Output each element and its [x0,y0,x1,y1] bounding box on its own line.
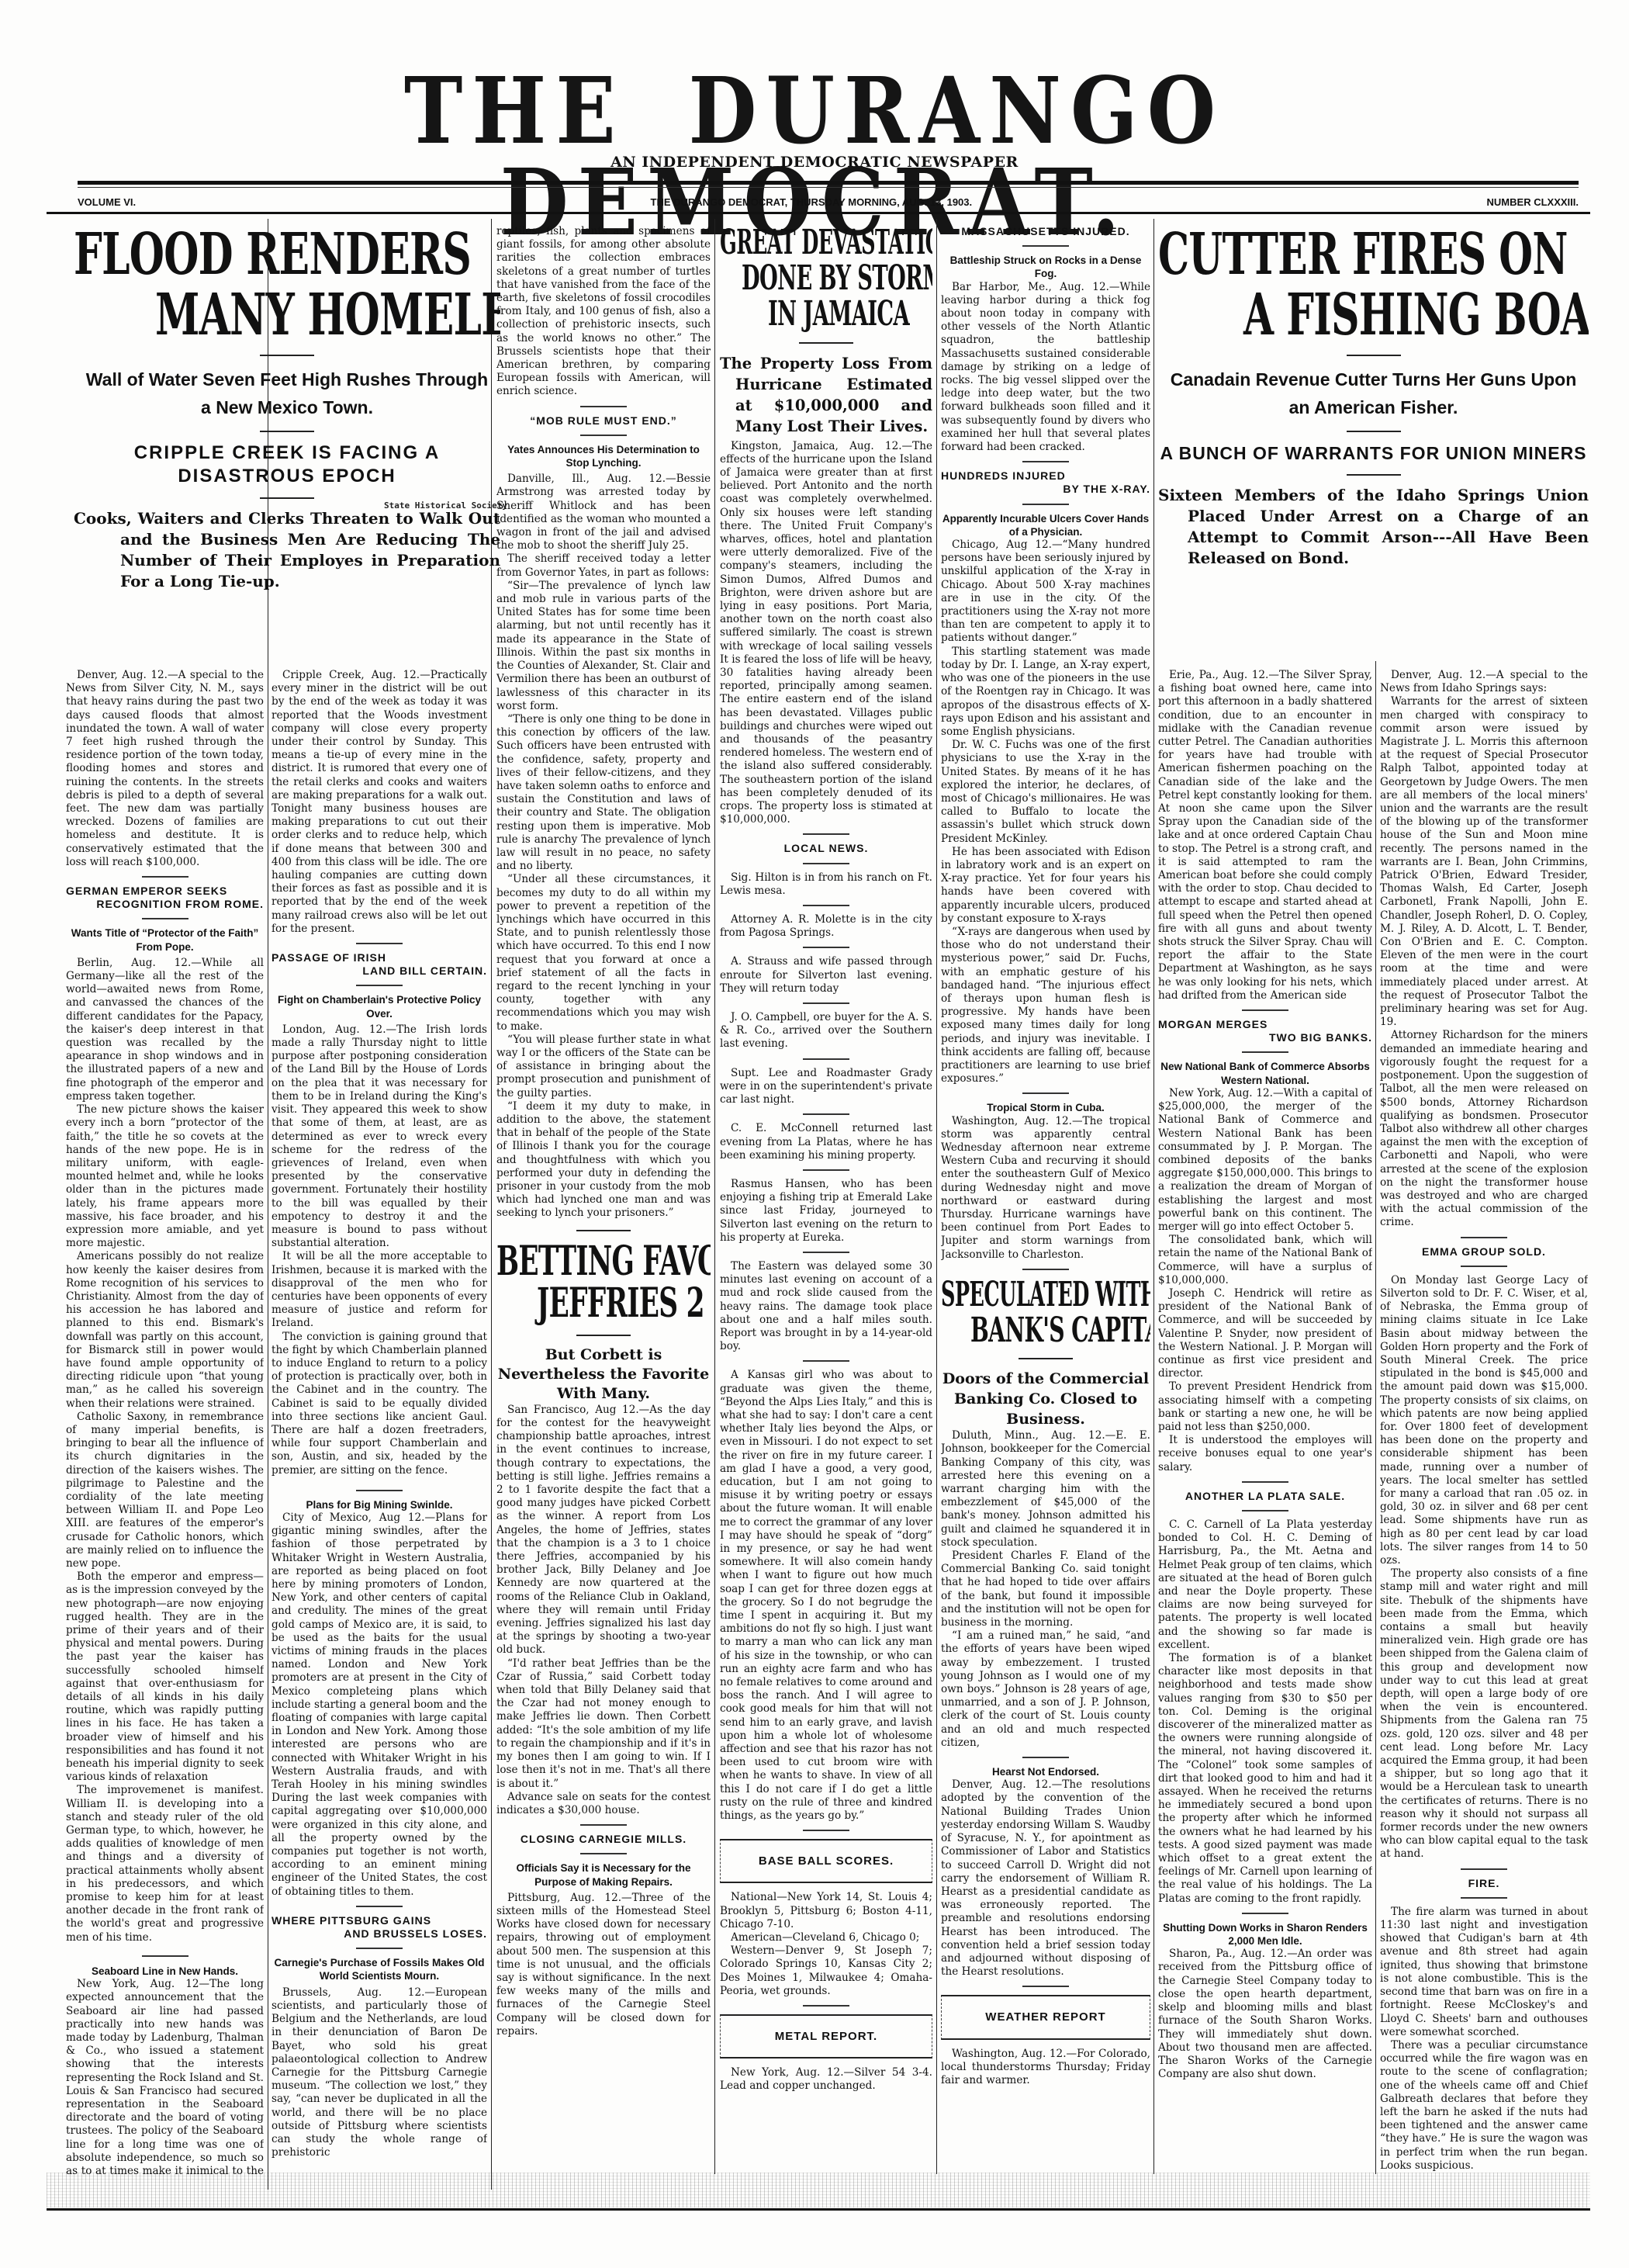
carnegie-mills-deck: Officials Say it is Necessary for the Pu… [496,1861,711,1888]
separator-rule [580,406,627,407]
cutter-headline-2: A FISHING BOAT [1243,286,1479,346]
carnegie-mills-headline: CLOSING CARNEGIE MILLS. [496,1833,711,1846]
metal-report-box: METAL REPORT. [720,2014,932,2059]
irish-headline-1: PASSAGE OF IRISH [271,951,487,964]
local-news-item: A Kansas girl who was about to graduate … [720,1369,932,1823]
jamaica-headline-2: DONE BY STORM [742,261,860,296]
massachusetts-headline: MASSACHUSETTS INJURED. [941,225,1150,238]
jamaica-headline-3: IN JAMAICA [768,296,870,332]
issue-dateline: THE DURANGO DEMOCRAT, THURSDAY MORNING, … [651,196,973,208]
baseball-line: National—New York 14, St. Louis 4; Brook… [720,1891,932,1931]
separator-rule [356,943,403,944]
separator-rule [576,1335,631,1336]
separator-rule [142,918,188,919]
metal-report-body: New York, Aug. 12.—Silver 54 3-4. Lead a… [720,2066,932,2093]
xray-paragraph: “X-rays are dangerous when used by those… [941,926,1150,1086]
separator-rule [1347,474,1401,476]
la-plata-paragraph: The formation is of a blanket character … [1158,1652,1372,1906]
irish-paragraph: The conviction is gaining ground that th… [271,1331,487,1477]
column-divider [936,219,937,2174]
column-divider [1153,219,1154,2174]
fire-paragraph: The fire alarm was turned in about 11:30… [1380,1906,1588,2039]
baseball-box: BASE BALL SCORES. [720,1839,932,1883]
speculated-deck: Doors of the Commercial Banking Co. Clos… [941,1369,1150,1429]
morgan-paragraph: It is understood the employes will recei… [1158,1434,1372,1474]
separator-rule [1242,1051,1288,1053]
separator-rule [1022,504,1069,505]
local-news-headline: LOCAL NEWS. [720,842,932,855]
baseball-line: American—Cleveland 6, Chicago 0; [720,1931,932,1944]
jamaica-headline-1: GREAT DEVASTATION [720,225,843,261]
xray-paragraph: Dr. W. C. Fuchs was one of the first phy… [941,739,1150,846]
separator-rule [1347,431,1401,432]
speculated-headline-1: SPECULATED WITH [941,1277,1063,1313]
local-news-item: Supt. Lee and Roadmaster Grady were in o… [720,1067,932,1107]
massachusetts-deck: Battleship Struck on Rocks in a Dense Fo… [941,254,1150,280]
column-7: Denver, Aug. 12.—A special to the News f… [1380,669,1588,2178]
xray-paragraph: This startling statement was made today … [941,646,1150,739]
pittsburg-continued: reptiles, fish, plants and specimens of … [496,225,711,399]
xray-headline-2: BY THE X-RAY. [941,483,1150,496]
separator-rule [1461,1897,1507,1899]
masthead-tagline: AN INDEPENDENT DEMOCRATIC NEWSPAPER [0,154,1629,171]
warrants-deck: Sixteen Members of the Idaho Springs Uni… [1158,485,1589,569]
separator-rule [803,1360,849,1362]
mob-rule-deck: Yates Announces His Determination to Sto… [496,443,711,469]
betting-paragraph: San Francisco, Aug 12.—As the day for th… [496,1404,711,1657]
la-plata-headline: ANOTHER LA PLATA SALE. [1158,1490,1372,1503]
german-deck: Wants Title of “Protector of the Faith” … [66,926,264,953]
separator-rule [142,876,188,878]
masthead-rule [78,181,1579,185]
pittsburg-headline-2: AND BRUSSELS LOSES. [271,1927,487,1941]
issue-number: NUMBER CLXXXIII. [1487,196,1579,208]
library-stamp: State Historical Society [384,500,507,511]
emma-paragraph: On Monday last George Lacy of Silverton … [1380,1274,1588,1567]
local-news-item: J. O. Campbell, ore buyer for the A. S. … [720,1011,932,1051]
scan-damage-texture [47,2173,1590,2207]
flood-deck: Wall of Water Seven Feet High Rushes Thr… [74,365,500,421]
speculated-paragraph: President Charles F. Eland of the Commer… [941,1550,1150,1629]
fire-headline: FIRE. [1380,1877,1588,1890]
column-5: MASSACHUSETTS INJURED. Battleship Struck… [941,225,1150,2180]
german-paragraph: Both the emperor and empress—as is the i… [66,1570,264,1784]
separator-rule [1242,1009,1288,1011]
mob-rule-paragraph: “Sir—The prevalence of lynch law and mob… [496,580,711,713]
separator-rule [803,947,849,948]
column-3: reptiles, fish, plants and specimens of … [496,225,711,2180]
separator-rule [1019,1358,1073,1359]
carnegie-mills-body: Pittsburg, Aug. 12.—Three of the sixteen… [496,1892,711,2038]
separator-rule [1022,1986,1069,1987]
pittsburg-headline-1: WHERE PITTSBURG GAINS [271,1914,487,1927]
bottom-rule [47,2208,1590,2211]
mob-rule-paragraph: “I deem it my duty to make, in addition … [496,1100,711,1221]
separator-rule [1461,1868,1507,1870]
baseball-line: Western—Denver 9, St Joseph 7; Colorado … [720,1944,932,1998]
irish-paragraph: London, Aug. 12.—The Irish lords made a … [271,1023,487,1250]
flood-body: Denver, Aug. 12.—A special to the News f… [66,669,264,869]
emma-headline: EMMA GROUP SOLD. [1380,1245,1588,1259]
separator-rule [260,355,314,356]
separator-rule [356,1490,403,1491]
separator-rule [803,2005,849,2007]
massachusetts-body: Bar Harbor, Me., Aug. 12.—While leaving … [941,281,1150,455]
cripple-creek-headline: CRIPPLE CREEK IS FACING A DISASTROUS EPO… [74,441,500,488]
morgan-paragraph: To prevent President Hendrick from assoc… [1158,1380,1372,1434]
column-divider [714,219,715,2174]
separator-rule [1022,1092,1069,1094]
betting-deck: But Corbett is Nevertheless the Favorite… [496,1345,711,1404]
mob-rule-paragraph: “You will please further state in what w… [496,1034,711,1100]
separator-rule [356,1948,403,1949]
seaboard-body: New York, Aug. 12—The long expected anno… [66,1978,264,2178]
separator-rule [803,1169,849,1171]
mob-rule-paragraph: “There is only one thing to be done in t… [496,713,711,873]
separator-rule [580,1824,627,1826]
local-news-item: The Eastern was delayed some 30 minutes … [720,1260,932,1353]
betting-paragraph: “I'd rather beat Jeffries than be the Cz… [496,1657,711,1791]
cutter-headline-1: CUTTER FIRES ON [1158,225,1451,286]
separator-rule [803,1252,849,1253]
masthead-rule-thin [78,187,1579,188]
jamaica-deck: The Property Loss From Hurricane Estimat… [720,353,932,437]
sharon-body: Sharon, Pa., Aug. 12.—An order was recei… [1158,1948,1372,2081]
mob-rule-paragraph: “Under all these circumstances, it becom… [496,873,711,1033]
dateline-rule [47,212,1590,214]
morgan-deck: New National Bank of Commerce Absorbs We… [1158,1060,1372,1086]
german-headline-2: RECOGNITION FROM ROME. [66,898,264,911]
local-news-item: Sig. Hilton is in from his ranch on Ft. … [720,871,932,898]
local-news-item: C. E. McConnell returned last evening fr… [720,1122,932,1162]
morgan-headline-2: TWO BIG BANKS. [1158,1031,1372,1044]
irish-deck: Fight on Chamberlain's Protective Policy… [271,993,487,1020]
german-paragraph: Americans possibly do not realize how ke… [66,1250,264,1410]
warrants-headline: A BUNCH OF WARRANTS FOR UNION MINERS [1158,441,1589,465]
separator-rule [803,1830,849,1831]
column-6: Erie, Pa., Aug. 12.—The Silver Spray, a … [1158,669,1372,2178]
separator-rule [803,905,849,906]
mob-rule-headline: “MOB RULE MUST END.” [496,414,711,428]
separator-rule [803,863,849,864]
seaboard-headline: Seaboard Line in New Hands. [66,1965,264,1978]
cripple-creek-deck: Cooks, Waiters and Clerks Threaten to Wa… [74,508,500,592]
betting-paragraph: Advance sale on seats for the contest in… [496,1791,711,1817]
speculated-paragraph: “I am a ruined man,” he said, “and the e… [941,1629,1150,1750]
emma-paragraph: The property also consists of a fine sta… [1380,1567,1588,1861]
separator-rule [1242,1481,1288,1483]
warrants-paragraph: Denver, Aug. 12.—A special to the News f… [1380,669,1588,695]
flood-story-head: FLOOD RENDERS MANY HOMELESS Wall of Wate… [74,225,500,667]
mining-swindle-body: City of Mexico, Aug 12.—Plans for gigant… [271,1511,487,1899]
separator-rule [1022,1757,1069,1758]
local-news-item: Rasmus Hansen, who has been enjoying a f… [720,1178,932,1245]
separator-rule [260,497,314,499]
separator-rule [1461,1266,1507,1267]
separator-rule [803,1058,849,1060]
mob-rule-paragraph: Danville, Ill., Aug. 12.—Bessie Armstron… [496,473,711,552]
morgan-paragraph: The consolidated bank, which will retain… [1158,1234,1372,1287]
warrants-paragraph: Attorney Richardson for the miners deman… [1380,1029,1588,1229]
flood-headline-2: MANY HOMELESS [155,286,397,346]
separator-rule [1461,1237,1507,1238]
morgan-headline-1: MORGAN MERGES [1158,1018,1372,1031]
sharon-headline: Shutting Down Works in Sharon Renders 2,… [1158,1921,1372,1948]
column-divider [1375,661,1376,2174]
separator-rule [803,1113,849,1115]
newspaper-page: THE DURANGO DEMOCRAT. AN INDEPENDENT DEM… [0,0,1629,2268]
separator-rule [356,985,403,986]
separator-rule [576,1230,631,1231]
german-headline-1: GERMAN EMPEROR SEEKS [66,885,264,898]
irish-headline-2: LAND BILL CERTAIN. [271,964,487,978]
cutter-body: Erie, Pa., Aug. 12.—The Silver Spray, a … [1158,669,1372,1002]
xray-paragraph: He has been associated with Edison in la… [941,846,1150,926]
pittsburg-deck: Carnegie's Purchase of Fossils Makes Old… [271,1956,487,1982]
mob-rule-paragraph: The sheriff received today a letter from… [496,552,711,579]
xray-headline-1: HUNDREDS INJURED [941,469,1150,483]
cripple-creek-body: Cripple Creek, Aug. 12.—Practically ever… [271,669,487,936]
separator-rule [1242,1913,1288,1914]
pittsburg-body: Brussels, Aug. 12.—European scientists, … [271,1986,487,2160]
separator-rule [1242,1510,1288,1511]
separator-rule [580,1853,627,1854]
irish-paragraph: It will be all the more acceptable to Ir… [271,1250,487,1330]
separator-rule [580,435,627,436]
fire-paragraph: There was a peculiar circumstance occurr… [1380,2039,1588,2173]
xray-paragraph: Chicago, Aug 12.—“Many hundred persons h… [941,538,1150,646]
betting-headline-2: JEFFRIES 2 TO 1 [537,1283,652,1325]
separator-rule [799,342,853,344]
separator-rule [1022,1269,1069,1270]
local-news-item: Attorney A. R. Molette is in the city fr… [720,913,932,940]
separator-rule [142,1955,188,1957]
betting-headline-1: BETTING FAVORS [496,1241,638,1283]
cuba-headline: Tropical Storm in Cuba. [941,1101,1150,1114]
german-paragraph: The improvemenet is manifest. William II… [66,1784,264,1944]
hearst-headline: Hearst Not Endorsed. [941,1765,1150,1778]
local-news-item: A. Strauss and wife passed through enrou… [720,955,932,995]
separator-rule [1347,355,1401,356]
weather-report-body: Washington, Aug. 12.—For Colorado, local… [941,2048,1150,2088]
mining-swindle-headline: Plans for Big Mining Swinlde. [271,1498,487,1511]
speculated-paragraph: Duluth, Minn., Aug. 12.—E. E. Johnson, b… [941,1429,1150,1550]
separator-rule [803,833,849,835]
volume-label: VOLUME VI. [78,196,136,208]
german-paragraph: Catholic Saxony, in remembrance of many … [66,1411,264,1570]
german-paragraph: The new picture shows the kaiser every i… [66,1103,264,1250]
column-1: Denver, Aug. 12.—A special to the News f… [66,669,264,2178]
warrants-paragraph: Warrants for the arrest of sixteen men c… [1380,695,1588,1029]
jamaica-body: Kingston, Jamaica, Aug. 12.—The effects … [720,440,932,827]
morgan-paragraph: New York, Aug. 12.—With a capital of $25… [1158,1087,1372,1234]
dateline-bar: VOLUME VI. THE DURANGO DEMOCRAT, THURSDA… [78,194,1579,209]
xray-deck: Apparently Incurable Ulcers Cover Hands … [941,512,1150,538]
la-plata-paragraph: C. C. Carnell of La Plata yesterday bond… [1158,1518,1372,1652]
separator-rule [1022,461,1069,462]
separator-rule [260,431,314,432]
separator-rule [356,1906,403,1907]
hearst-body: Denver, Aug. 12.—The resolutions adopted… [941,1778,1150,1979]
column-2: Cripple Creek, Aug. 12.—Practically ever… [271,669,487,2178]
separator-rule [803,1002,849,1004]
cutter-story-head: CUTTER FIRES ON A FISHING BOAT Canadain … [1158,225,1589,660]
cutter-deck: Canadain Revenue Cutter Turns Her Guns U… [1158,365,1589,421]
column-4: GREAT DEVASTATION DONE BY STORM IN JAMAI… [720,225,932,2180]
speculated-headline-2: BANK'S CAPITAL [970,1313,1085,1349]
flood-headline-1: FLOOD RENDERS [74,225,372,286]
separator-rule [1022,245,1069,247]
morgan-paragraph: Joseph C. Hendrick will retire as presid… [1158,1287,1372,1380]
german-paragraph: Berlin, Aug. 12.—While all Germany—like … [66,957,264,1103]
weather-report-box: WEATHER REPORT [941,1995,1150,2039]
cuba-body: Washington, Aug. 12.—The tropical storm … [941,1115,1150,1262]
